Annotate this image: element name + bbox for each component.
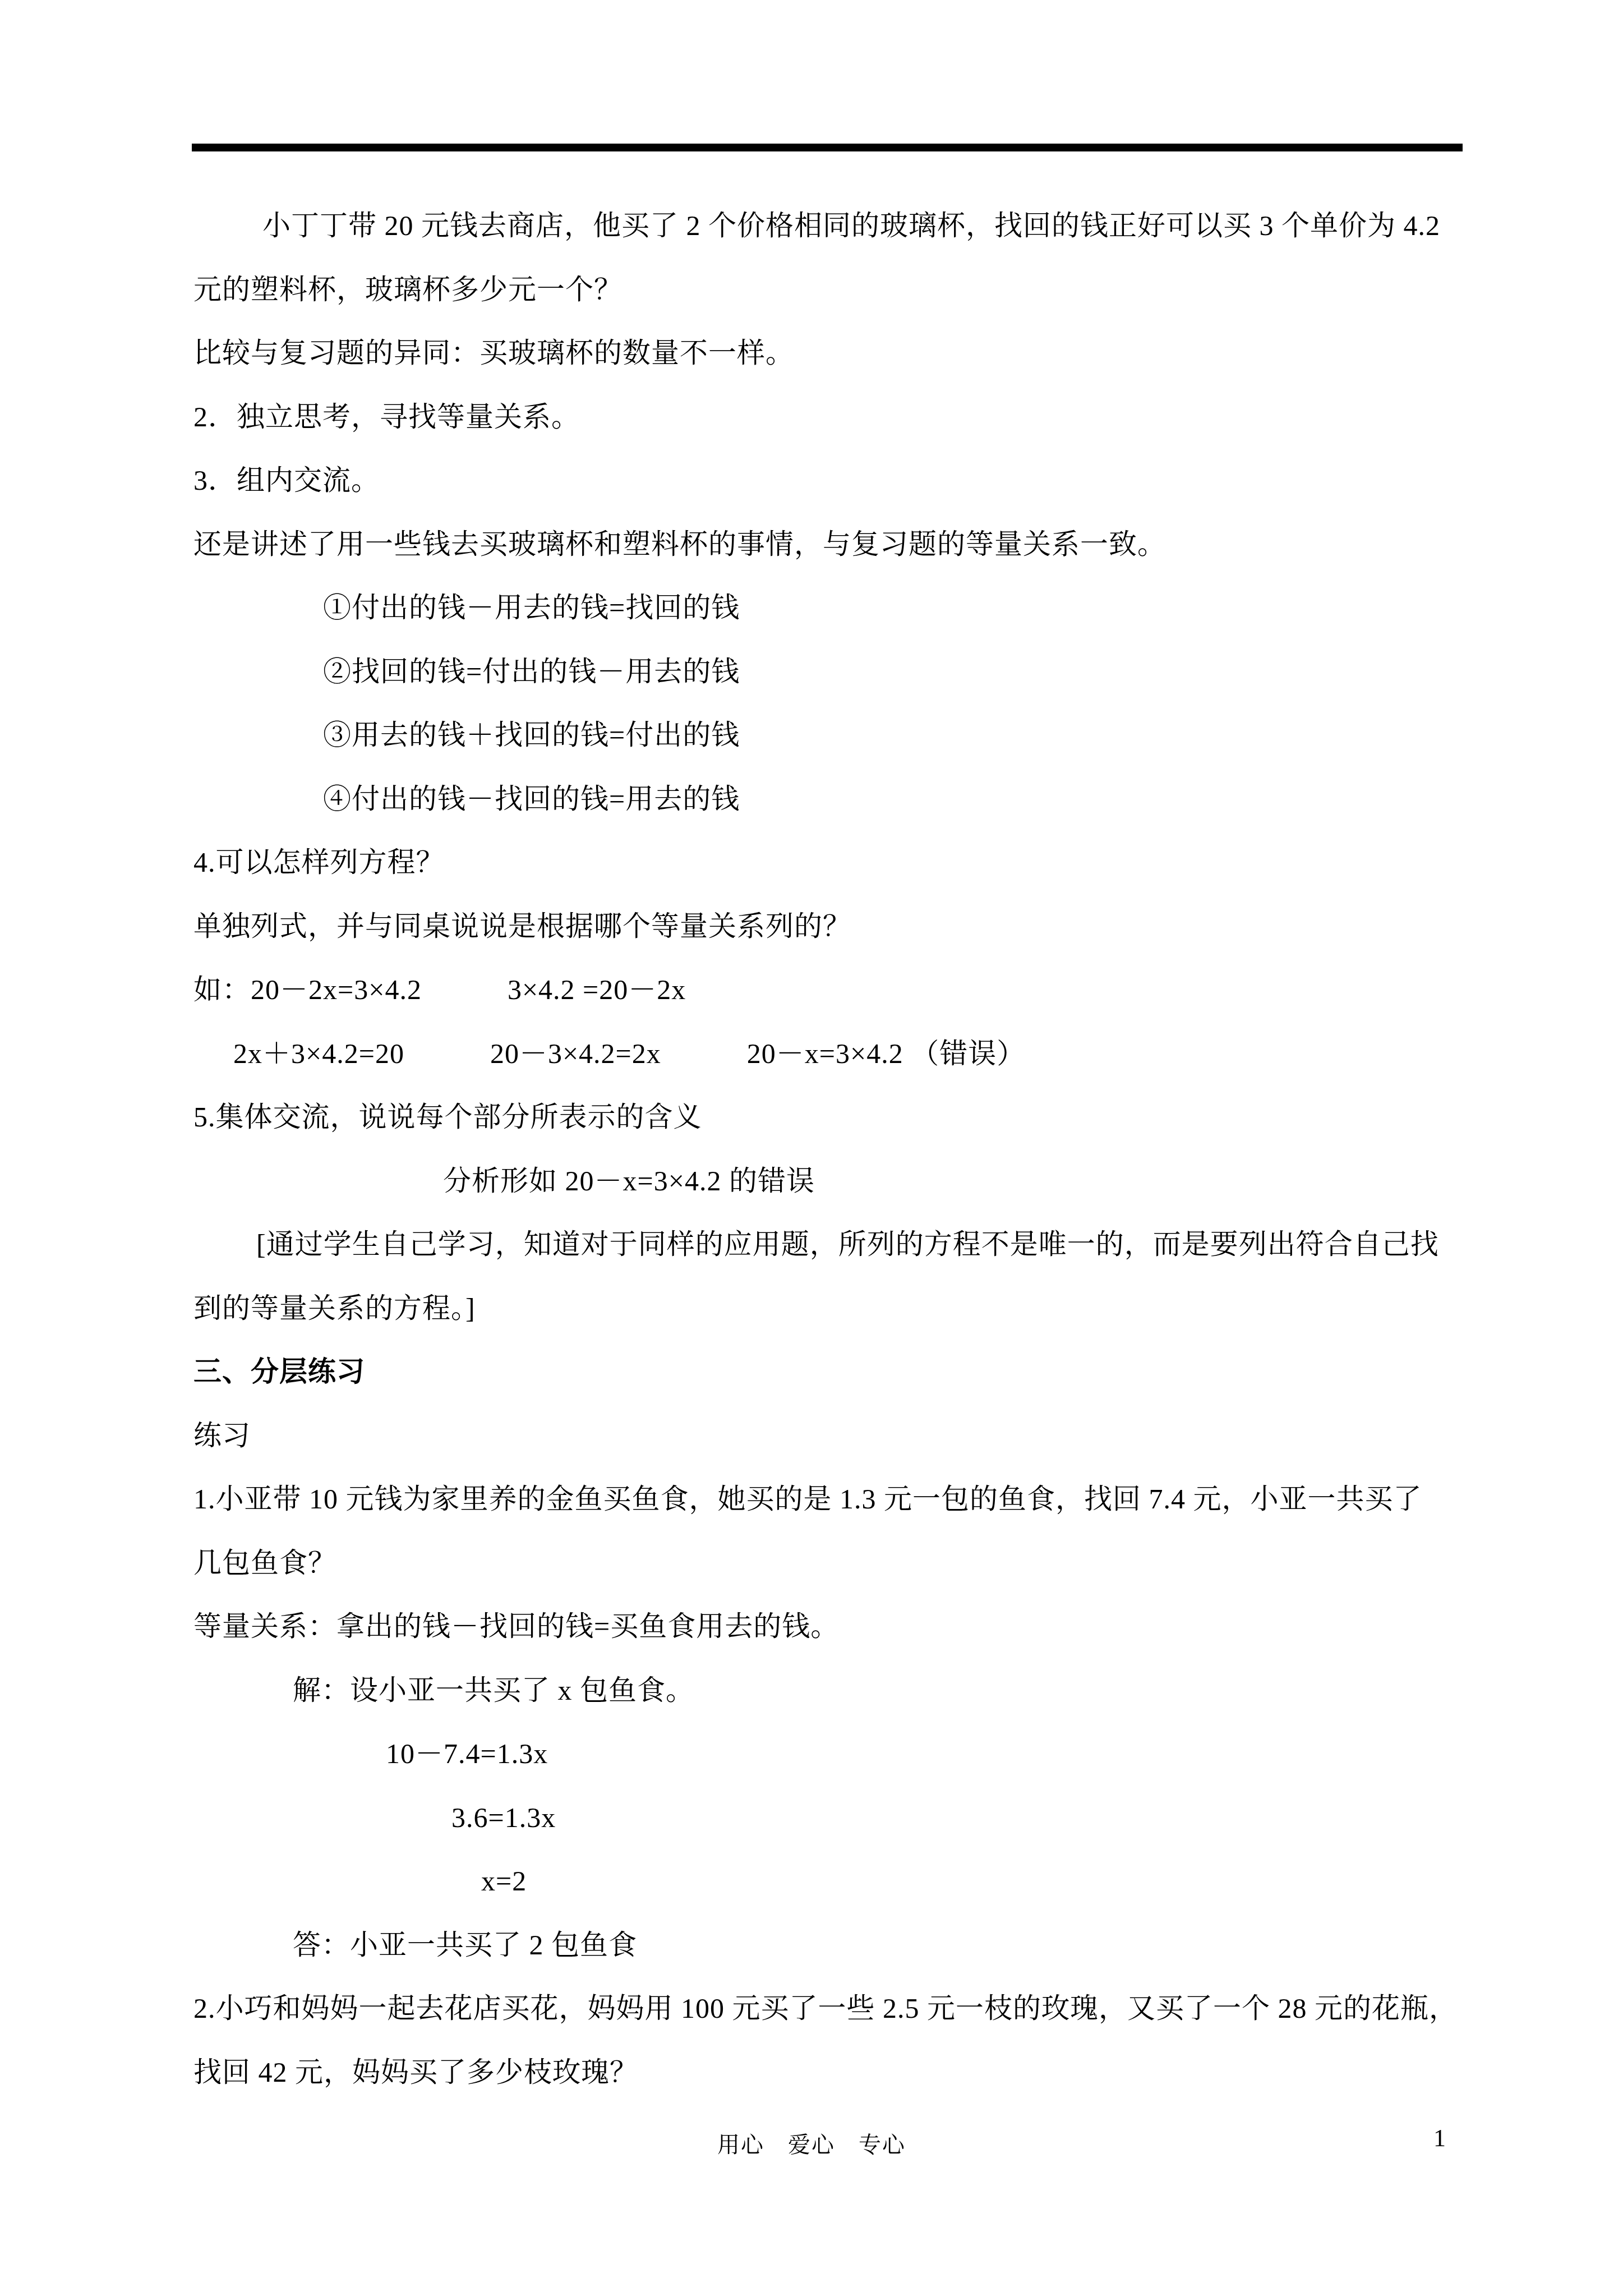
footer-motto: 用心 爱心 专心 bbox=[0, 2127, 1623, 2159]
answer-line: 答：小亚一共买了 2 包鱼食 bbox=[293, 1929, 637, 1961]
text-line: 单独列式，并与同桌说说是根据哪个等量关系列的？ bbox=[193, 910, 851, 942]
equation-line: 2x＋3×4.2=20 20－3×4.2=2x 20－x=3×4.2 （错误） bbox=[233, 1038, 1025, 1069]
text-line: [通过学生自己学习，知道对于同样的应用题，所列的方程不是唯一的，而是要列出符合自… bbox=[256, 1228, 1439, 1260]
document-page: 小丁丁带 20 元钱去商店，他买了 2 个价格相同的玻璃杯，找回的钱正好可以买 … bbox=[0, 0, 1623, 2296]
text-line: 练习 bbox=[193, 1420, 251, 1451]
list-item: 2.小巧和妈妈一起去花店买花，妈妈用 100 元买了一些 2.5 元一枝的玫瑰，… bbox=[193, 1993, 1458, 2024]
text-line: 还是讲述了用一些钱去买玻璃杯和塑料杯的事情，与复习题的等量关系一致。 bbox=[193, 528, 1166, 560]
text-line: 等量关系：拿出的钱－找回的钱=买鱼食用去的钱。 bbox=[193, 1611, 839, 1642]
list-item: 1.小亚带 10 元钱为家里养的金鱼买鱼食，她买的是 1.3 元一包的鱼食，找回… bbox=[193, 1483, 1422, 1515]
list-item: 5.集体交流，说说每个部分所表示的含义 bbox=[193, 1101, 702, 1133]
text-line: 比较与复习题的异同：买玻璃杯的数量不一样。 bbox=[193, 337, 794, 369]
list-item: 4.可以怎样列方程？ bbox=[193, 846, 445, 878]
text-line: 几包鱼食？ bbox=[193, 1547, 336, 1579]
analysis-line: 分析形如 20－x=3×4.2 的错误 bbox=[443, 1165, 815, 1197]
relation-line: ③用去的钱＋找回的钱=付出的钱 bbox=[323, 719, 740, 751]
equation-line: 3.6=1.3x bbox=[451, 1802, 556, 1833]
relation-line: ②找回的钱=付出的钱－用去的钱 bbox=[323, 656, 740, 687]
header-rule bbox=[192, 144, 1463, 151]
equation-line: x=2 bbox=[481, 1865, 527, 1897]
equation-line: 10－7.4=1.3x bbox=[386, 1738, 548, 1769]
list-item: 3．组内交流。 bbox=[193, 464, 380, 496]
page-number: 1 bbox=[1433, 2124, 1446, 2152]
relation-line: ①付出的钱－用去的钱=找回的钱 bbox=[323, 592, 740, 623]
text-line: 到的等量关系的方程。] bbox=[193, 1292, 476, 1324]
equation-line: 如：20－2x=3×4.2 3×4.2 =20－2x bbox=[193, 974, 686, 1005]
text-line: 找回 42 元，妈妈买了多少枝玫瑰？ bbox=[193, 2056, 638, 2088]
text-line: 元的塑料杯，玻璃杯多少元一个？ bbox=[193, 274, 623, 305]
relation-line: ④付出的钱－找回的钱=用去的钱 bbox=[323, 783, 740, 815]
text-line: 小丁丁带 20 元钱去商店，他买了 2 个价格相同的玻璃杯，找回的钱正好可以买 … bbox=[262, 210, 1440, 241]
solution-line: 解：设小亚一共买了 x 包鱼食。 bbox=[293, 1674, 694, 1706]
section-heading: 三、分层练习 bbox=[193, 1356, 365, 1387]
list-item: 2．独立思考，寻找等量关系。 bbox=[193, 401, 580, 432]
